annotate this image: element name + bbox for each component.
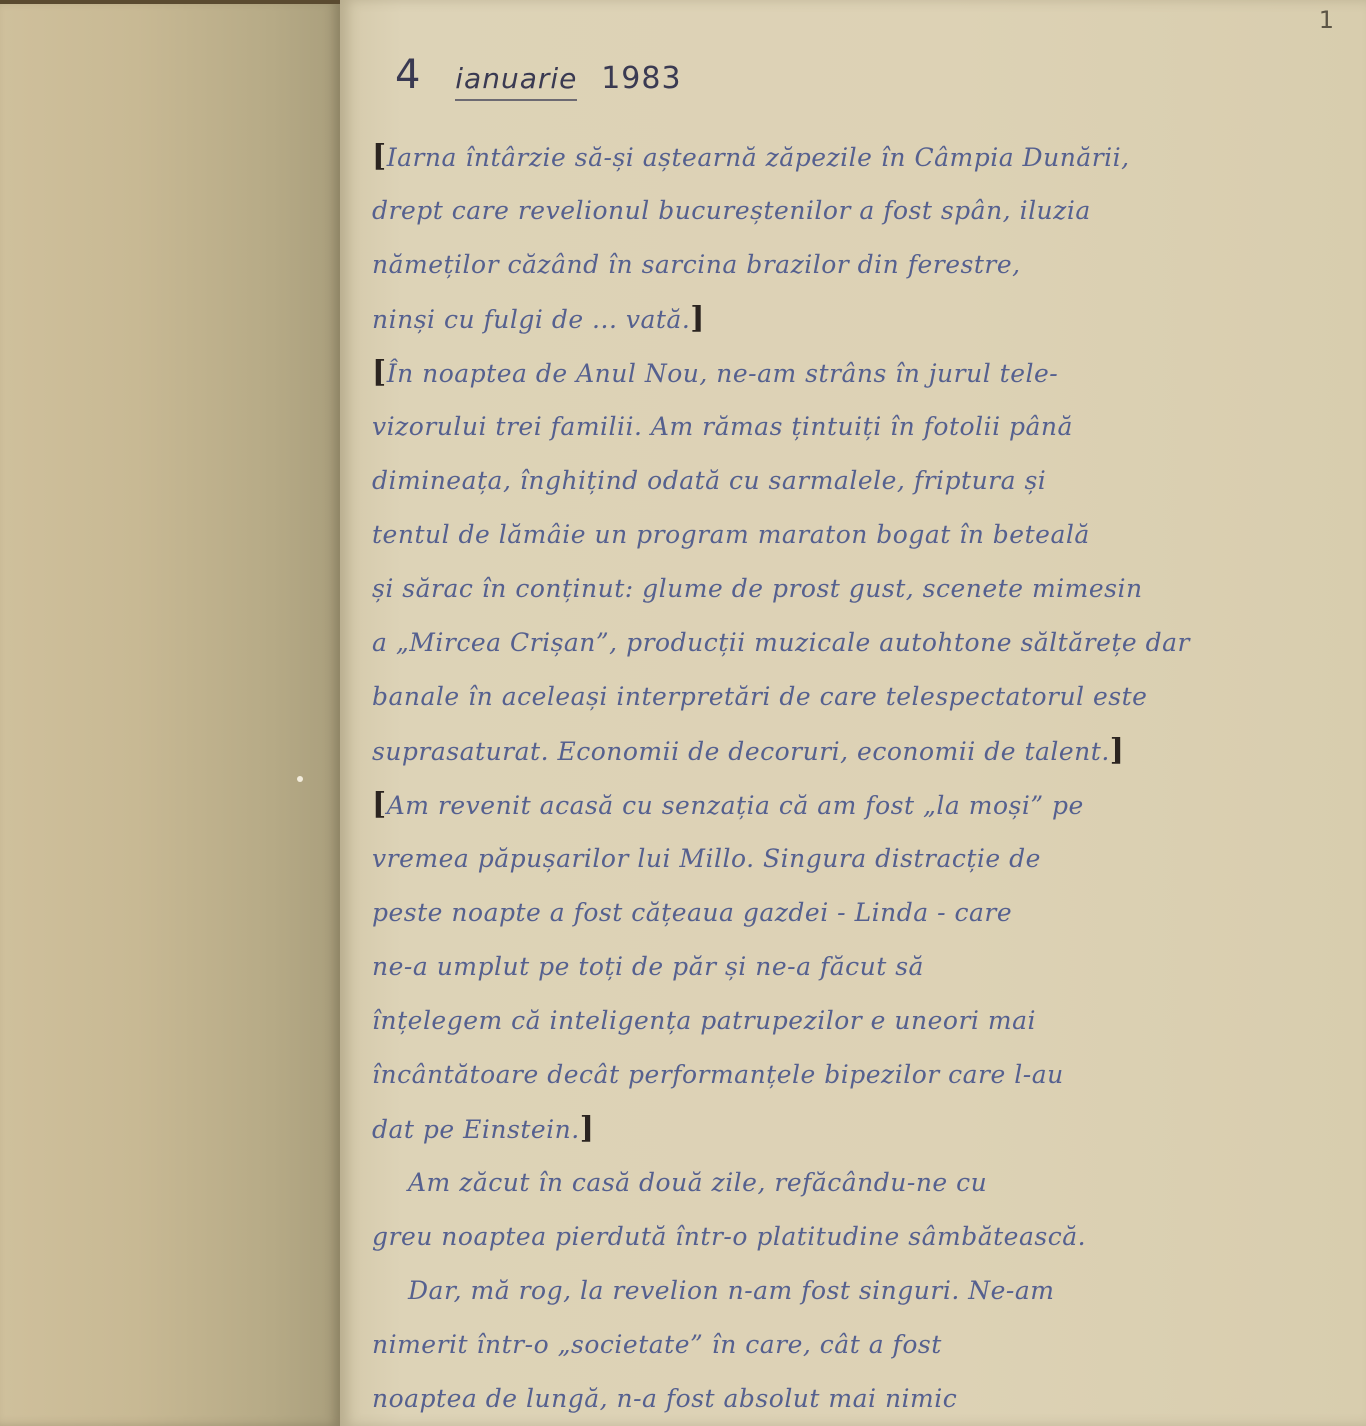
handwritten-text-body: [Iarna întârzie să-și aștearnă zăpezile … bbox=[372, 130, 1352, 1426]
line-text: Dar, mă rog, la revelion n-am fost singu… bbox=[408, 1276, 1054, 1305]
handwritten-line: greu noaptea pierdută într-o platitudine… bbox=[372, 1210, 1352, 1264]
line-text: ne-a umplut pe toți de păr și ne-a făcut… bbox=[372, 952, 924, 981]
line-text: noaptea de lungă, n-a fost absolut mai n… bbox=[372, 1384, 957, 1413]
line-text: dimineața, înghițind odată cu sarmalele,… bbox=[372, 466, 1046, 495]
handwritten-line: ninși cu fulgi de ... vată.] bbox=[372, 292, 1352, 346]
date-day: 4 bbox=[395, 52, 421, 98]
open-bracket-mark: [ bbox=[372, 139, 387, 174]
close-bracket-mark: ] bbox=[1110, 733, 1125, 768]
open-bracket-mark: [ bbox=[372, 355, 387, 390]
handwritten-line: Am zăcut în casă două zile, refăcându-ne… bbox=[372, 1156, 1352, 1210]
handwritten-line: nimerit într-o „societate” în care, cât … bbox=[372, 1318, 1352, 1372]
handwritten-line: nămeților căzând în sarcina brazilor din… bbox=[372, 238, 1352, 292]
line-text: nămeților căzând în sarcina brazilor din… bbox=[372, 250, 1021, 279]
handwritten-line: vremea păpușarilor lui Millo. Singura di… bbox=[372, 832, 1352, 886]
line-text: înțelegem că inteligența patrupezilor e … bbox=[372, 1006, 1036, 1035]
handwritten-line: dat pe Einstein.] bbox=[372, 1102, 1352, 1156]
handwritten-line: suprasaturat. Economii de decoruri, econ… bbox=[372, 724, 1352, 778]
handwritten-line: peste noapte a fost cățeaua gazdei - Lin… bbox=[372, 886, 1352, 940]
handwritten-line: încântătoare decât performanțele bipezil… bbox=[372, 1048, 1352, 1102]
handwritten-line: Dar, mă rog, la revelion n-am fost singu… bbox=[372, 1264, 1352, 1318]
line-text: Am zăcut în casă două zile, refăcându-ne… bbox=[408, 1168, 987, 1197]
line-text: vizorului trei familii. Am rămas țintuiț… bbox=[372, 412, 1073, 441]
line-text: greu noaptea pierdută într-o platitudine… bbox=[372, 1222, 1086, 1251]
dust-spot bbox=[297, 776, 303, 782]
handwritten-line: a „Mircea Crișan”, producții muzicale au… bbox=[372, 616, 1352, 670]
close-bracket-mark: ] bbox=[580, 1111, 595, 1146]
page-number: 1 bbox=[1319, 6, 1334, 34]
line-text: banale în aceleași interpretări de care … bbox=[372, 682, 1147, 711]
date-year: 1983 bbox=[601, 61, 681, 96]
page-top-edge bbox=[0, 0, 340, 4]
date-month: ianuarie bbox=[455, 62, 577, 101]
line-text: încântătoare decât performanțele bipezil… bbox=[372, 1060, 1064, 1089]
line-text: tentul de lămâie un program maraton boga… bbox=[372, 520, 1090, 549]
line-text: drept care revelionul bucureștenilor a f… bbox=[372, 196, 1091, 225]
handwritten-line: și sărac în conținut: glume de prost gus… bbox=[372, 562, 1352, 616]
line-text: vremea păpușarilor lui Millo. Singura di… bbox=[372, 844, 1041, 873]
line-text: nimerit într-o „societate” în care, cât … bbox=[372, 1330, 942, 1359]
handwritten-line: ne-a umplut pe toți de păr și ne-a făcut… bbox=[372, 940, 1352, 994]
handwritten-line: vizorului trei familii. Am rămas țintuiț… bbox=[372, 400, 1352, 454]
line-text: peste noapte a fost cățeaua gazdei - Lin… bbox=[372, 898, 1012, 927]
handwritten-line: [Iarna întârzie să-și aștearnă zăpezile … bbox=[372, 130, 1352, 184]
line-text: ninși cu fulgi de ... vată. bbox=[372, 305, 690, 334]
line-text: Am revenit acasă cu senzația că am fost … bbox=[387, 791, 1084, 820]
close-bracket-mark: ] bbox=[690, 301, 705, 336]
line-text: În noaptea de Anul Nou, ne-am strâns în … bbox=[387, 359, 1059, 388]
handwritten-line: [Am revenit acasă cu senzația că am fost… bbox=[372, 778, 1352, 832]
handwritten-line: banale în aceleași interpretări de care … bbox=[372, 670, 1352, 724]
line-text: și sărac în conținut: glume de prost gus… bbox=[372, 574, 1143, 603]
handwritten-line: înțelegem că inteligența patrupezilor e … bbox=[372, 994, 1352, 1048]
left-notebook-page bbox=[0, 0, 340, 1426]
line-text: a „Mircea Crișan”, producții muzicale au… bbox=[372, 628, 1190, 657]
line-text: suprasaturat. Economii de decoruri, econ… bbox=[372, 737, 1110, 766]
handwritten-line: drept care revelionul bucureștenilor a f… bbox=[372, 184, 1352, 238]
open-bracket-mark: [ bbox=[372, 787, 387, 822]
handwritten-line: tentul de lămâie un program maraton boga… bbox=[372, 508, 1352, 562]
handwritten-line: dimineața, înghițind odată cu sarmalele,… bbox=[372, 454, 1352, 508]
line-text: Iarna întârzie să-și aștearnă zăpezile î… bbox=[387, 143, 1130, 172]
handwritten-line: noaptea de lungă, n-a fost absolut mai n… bbox=[372, 1372, 1352, 1426]
line-text: dat pe Einstein. bbox=[372, 1115, 580, 1144]
handwritten-line: [În noaptea de Anul Nou, ne-am strâns în… bbox=[372, 346, 1352, 400]
entry-date-heading: 4 ianuarie 1983 bbox=[395, 52, 682, 98]
